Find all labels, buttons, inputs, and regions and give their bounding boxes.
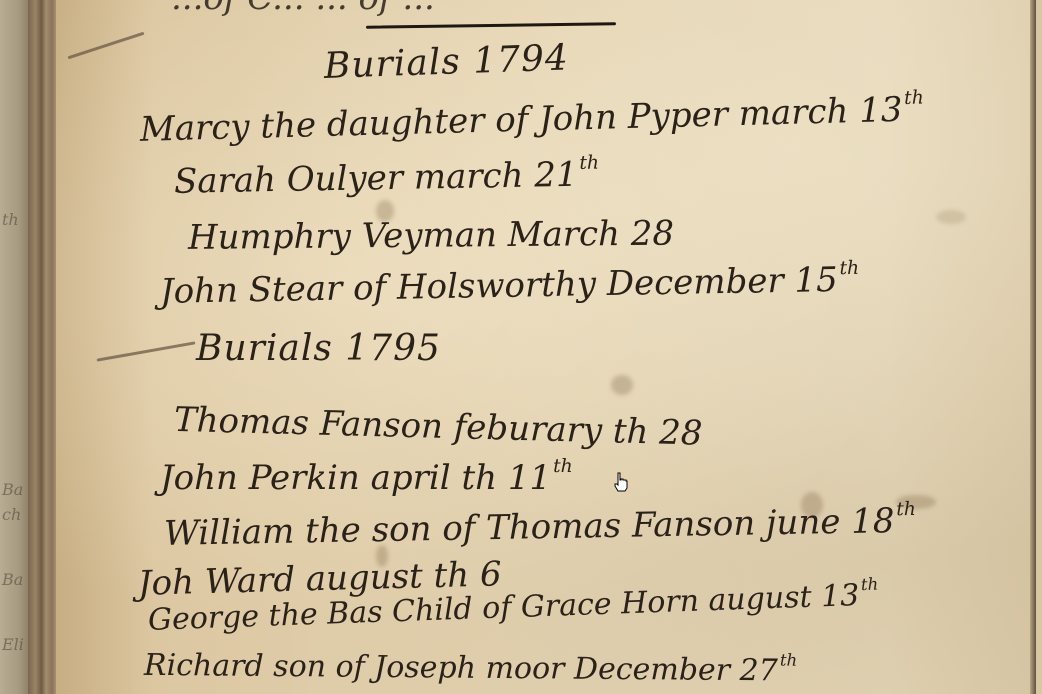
- section-rule: [366, 22, 616, 28]
- prev-page-fragment: Eli: [2, 635, 24, 654]
- ink-stain: [936, 210, 966, 224]
- burial-entry: Marcy the daughter of John Pyper march 1…: [139, 87, 924, 149]
- section-heading-1794: Burials 1794: [323, 37, 569, 87]
- hand-pointer-cursor-icon: [613, 472, 629, 492]
- burial-entry: Sarah Oulyer march 21th: [174, 153, 600, 202]
- ink-stain: [611, 375, 633, 395]
- burial-entry: John Perkin april th 11th: [160, 456, 573, 498]
- burial-entry: John Stear of Holsworthy December 15th: [160, 258, 860, 312]
- book-gutter: [28, 0, 58, 694]
- stray-pen-mark: [67, 32, 144, 60]
- top-partial-line: ...of C... ... of ...: [171, 0, 435, 18]
- burial-entry: Humphry Veyman March 28: [188, 212, 676, 258]
- burial-entry: Richard son of Joseph moor December 27th: [144, 645, 797, 689]
- prev-page-fragment: th: [2, 210, 19, 229]
- previous-page-edge: th Ba ch Ba Eli: [0, 0, 30, 694]
- prev-page-fragment: Ba: [2, 480, 23, 499]
- section-heading-1795: Burials 1795: [196, 328, 441, 369]
- register-page: ...of C... ... of ... Burials 1794 Marcy…: [56, 0, 1036, 694]
- burial-entry: William the son of Thomas Fanson june 18…: [164, 499, 917, 554]
- prev-page-fragment: Ba: [2, 570, 23, 589]
- document-image-viewer: th Ba ch Ba Eli ...of C... ... of ... Bu…: [0, 0, 1042, 694]
- prev-page-fragment: ch: [2, 505, 21, 524]
- page-edge: [1030, 0, 1036, 694]
- stray-pen-mark: [96, 341, 195, 361]
- burial-entry: Thomas Fanson feburary th 28: [173, 398, 705, 454]
